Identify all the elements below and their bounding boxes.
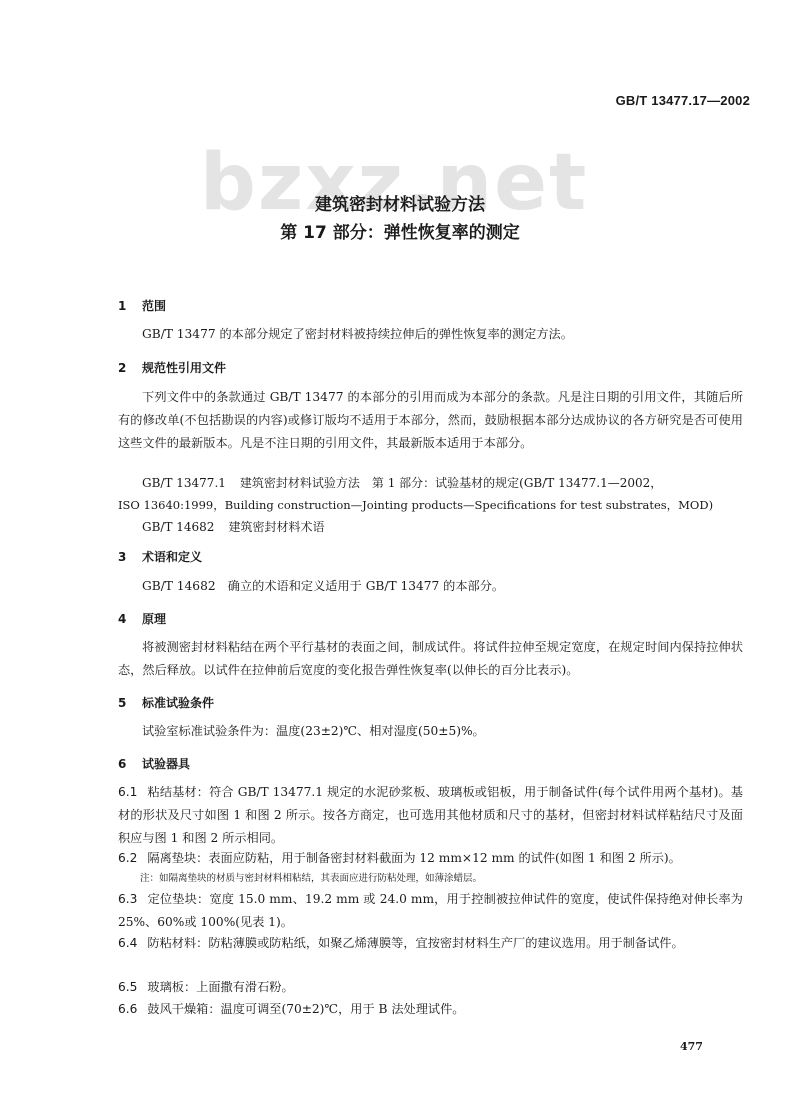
reference-title: 建筑密封材料术语	[228, 520, 324, 534]
clause-number: 6.6	[118, 1002, 137, 1016]
section-5-text: 试验室标准试验条件为：温度(23±2)℃、相对湿度(50±5)%。	[118, 720, 743, 743]
document-title-line1: 建筑密封材料试验方法	[0, 190, 800, 215]
section-title: 规范性引用文件	[142, 361, 226, 375]
clause-6-2-note: 注：如隔离垫块的材质与密封材料相粘结，其表面应进行防粘处理，如薄涂蜡层。	[140, 870, 482, 884]
section-title: 标准试验条件	[142, 696, 214, 710]
clause-text: 玻璃板：上面撒有滑石粉。	[147, 980, 293, 994]
clause-text: 防粘材料：防粘薄膜或防粘纸，如聚乙烯薄膜等，宜按密封材料生产厂的建议选用。用于制…	[147, 936, 683, 950]
section-number: 2	[118, 361, 142, 375]
section-heading-2: 2规范性引用文件	[118, 359, 226, 376]
page-number: 477	[680, 1040, 703, 1053]
section-1-text: GB/T 13477 的本部分规定了密封材料被持续拉伸后的弹性恢复率的测定方法。	[118, 323, 743, 346]
standard-number: GB/T 13477.17—2002	[616, 93, 750, 108]
clause-number: 6.3	[118, 892, 137, 906]
section-number: 3	[118, 550, 142, 564]
clause-6-3: 6.3定位垫块：宽度 15.0 mm、19.2 mm 或 24.0 mm，用于控…	[118, 888, 743, 934]
clause-number: 6.2	[118, 851, 137, 865]
section-3-text: GB/T 14682 确立的术语和定义适用于 GB/T 13477 的本部分。	[118, 575, 743, 598]
section-4-text: 将被测密封材料粘结在两个平行基材的表面之间，制成试件。将试件拉伸至规定宽度，在规…	[118, 636, 743, 682]
clause-text: 粘结基材：符合 GB/T 13477.1 规定的水泥砂浆板、玻璃板或铝板，用于制…	[118, 785, 743, 845]
section-number: 4	[118, 612, 142, 626]
clause-6-6: 6.6鼓风干燥箱：温度可调至(70±2)℃，用于 B 法处理试件。	[118, 998, 743, 1021]
clause-6-2: 6.2隔离垫块：表面应防粘，用于制备密封材料截面为 12 mm×12 mm 的试…	[118, 847, 743, 870]
section-title: 原理	[142, 612, 166, 626]
section-title: 术语和定义	[142, 550, 202, 564]
clause-text: 鼓风干燥箱：温度可调至(70±2)℃，用于 B 法处理试件。	[147, 1002, 464, 1016]
reference-1: GB/T 13477.1建筑密封材料试验方法 第 1 部分：试验基材的规定(GB…	[118, 472, 758, 494]
clause-number: 6.5	[118, 980, 137, 994]
section-number: 5	[118, 696, 142, 710]
clause-number: 6.1	[118, 785, 137, 799]
document-title-line2: 第 17 部分：弹性恢复率的测定	[0, 218, 800, 243]
section-heading-3: 3术语和定义	[118, 548, 202, 565]
section-title: 范围	[142, 299, 166, 313]
reference-2: GB/T 14682建筑密封材料术语	[118, 516, 758, 538]
section-heading-4: 4原理	[118, 610, 166, 627]
clause-number: 6.4	[118, 936, 137, 950]
section-2-text: 下列文件中的条款通过 GB/T 13477 的本部分的引用而成为本部分的条款。凡…	[118, 386, 743, 455]
clause-text: 隔离垫块：表面应防粘，用于制备密封材料截面为 12 mm×12 mm 的试件(如…	[147, 851, 680, 865]
section-heading-1: 1范围	[118, 297, 166, 314]
clause-6-4: 6.4防粘材料：防粘薄膜或防粘纸，如聚乙烯薄膜等，宜按密封材料生产厂的建议选用。…	[118, 932, 743, 955]
section-title: 试验器具	[142, 757, 190, 771]
reference-1-continuation: ISO 13640:1999，Building construction—Joi…	[118, 494, 758, 516]
reference-code: GB/T 14682	[142, 520, 214, 534]
reference-code: GB/T 13477.1	[142, 476, 226, 490]
reference-title: 建筑密封材料试验方法 第 1 部分：试验基材的规定(GB/T 13477.1—2…	[240, 476, 662, 490]
section-number: 1	[118, 299, 142, 313]
clause-6-5: 6.5玻璃板：上面撒有滑石粉。	[118, 976, 743, 999]
section-heading-5: 5标准试验条件	[118, 694, 214, 711]
section-heading-6: 6试验器具	[118, 755, 190, 772]
section-number: 6	[118, 757, 142, 771]
clause-text: 定位垫块：宽度 15.0 mm、19.2 mm 或 24.0 mm，用于控制被拉…	[118, 892, 743, 929]
clause-6-1: 6.1粘结基材：符合 GB/T 13477.1 规定的水泥砂浆板、玻璃板或铝板，…	[118, 781, 743, 850]
